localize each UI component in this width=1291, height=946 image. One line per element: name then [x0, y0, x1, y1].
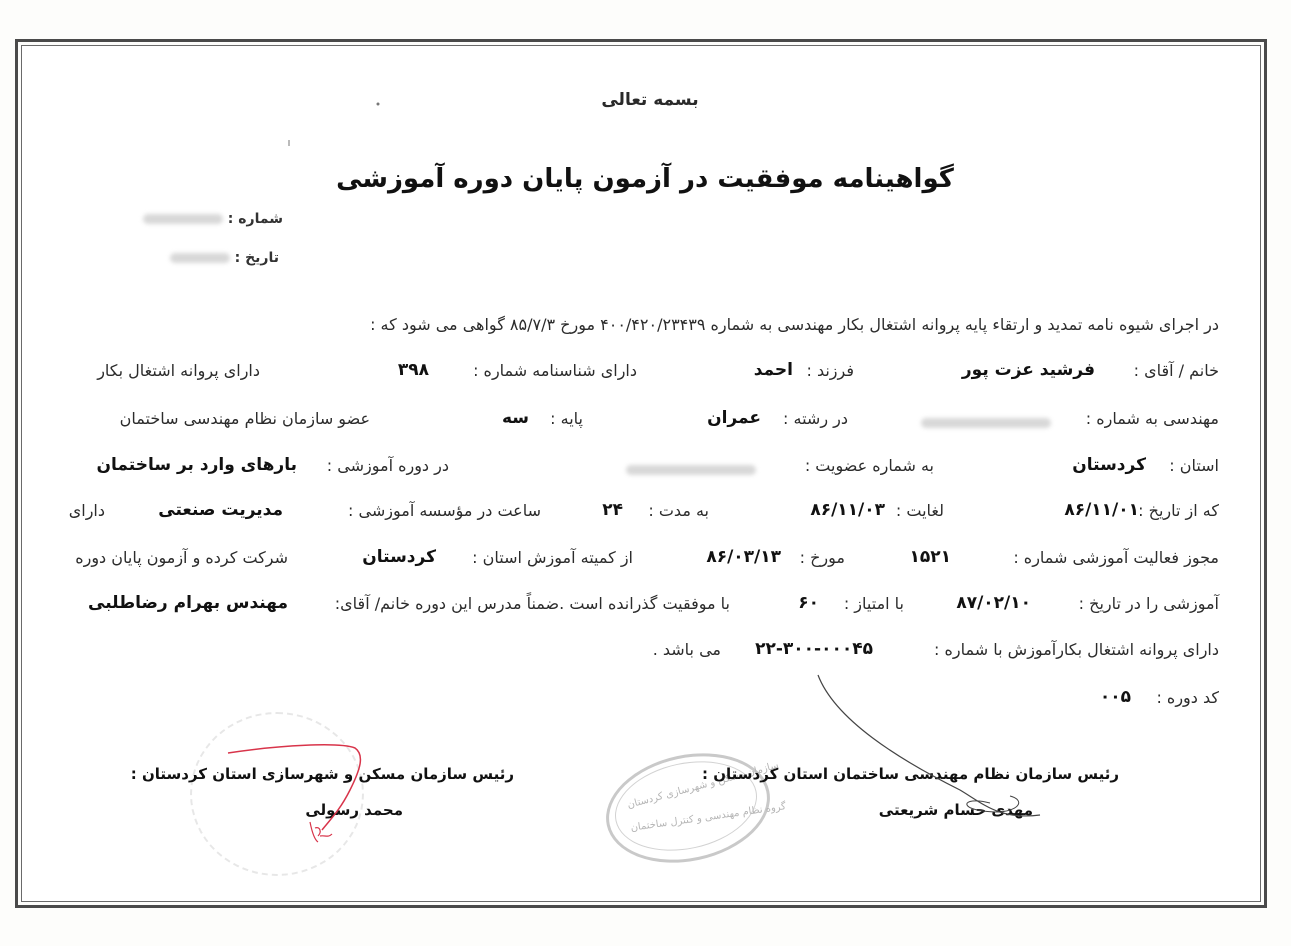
engineering-number-redacted: [921, 412, 1051, 431]
permit-label: مجوز فعالیت آموزشی شماره :: [1013, 548, 1219, 567]
housing-org-head-name: محمد رسولی: [305, 801, 403, 819]
number-label: شماره :: [228, 211, 283, 227]
id-value: ۳۹۸: [398, 360, 429, 380]
institute-label: ساعت در مؤسسه آموزشی :: [348, 501, 541, 520]
number-value-redacted: [143, 214, 223, 224]
intro-text: در اجرای شیوه نامه تمدید و ارتقاء پایه پ…: [370, 315, 1219, 334]
duration-label: به مدت :: [648, 501, 709, 520]
grade-value: سه: [502, 408, 529, 428]
basmala: بسمه تعالی: [560, 90, 740, 110]
permit-date-value: ۸۶/۰۳/۱۳: [706, 547, 781, 567]
id-label: دارای شناسنامه شماره :: [473, 361, 637, 380]
membership-label: به شماره عضویت :: [805, 456, 934, 475]
date-value-redacted: [170, 253, 230, 263]
date-label: تاریخ :: [235, 250, 279, 266]
row1-tail: دارای پروانه اشتغال بکار: [97, 361, 260, 380]
from-date-label: که از تاریخ :: [1138, 501, 1219, 520]
membership-number-redacted: [626, 459, 756, 478]
license-value: ۲۲-۳۰۰-۰۰۰۴۵: [755, 639, 873, 659]
row2-tail: عضو سازمان نظام مهندسی ساختمان: [120, 409, 370, 428]
child-label: فرزند :: [806, 361, 854, 380]
exam-date-label: آموزشی را در تاریخ :: [1079, 594, 1219, 613]
course-code-label: کد دوره :: [1156, 688, 1219, 707]
score-value: ۶۰: [798, 593, 819, 613]
duration-value: ۲۴: [602, 500, 623, 520]
committee-label: از کمیته آموزش استان :: [472, 548, 633, 567]
passed-text: با موفقیت گذرانده است .ضمناً مدرس این دو…: [335, 594, 730, 613]
institute-value: مدیریت صنعتی: [158, 500, 283, 520]
field-value: عمران: [707, 408, 761, 428]
from-date-value: ۸۶/۱۱/۰۱: [1064, 500, 1139, 520]
housing-org-head-title: رئیس سازمان مسکن و شهرسازی استان کردستان…: [131, 765, 514, 783]
course-code-value: ۰۰۵: [1100, 687, 1131, 707]
grade-label: پایه :: [550, 409, 583, 428]
to-date-label: لغایت :: [896, 501, 944, 520]
certificate-title: گواهینامه موفقیت در آزمون پایان دوره آمو…: [330, 164, 960, 194]
permit-date-label: مورخ :: [800, 548, 845, 567]
redacted-blur: [921, 418, 1051, 428]
exam-date-value: ۸۷/۰۲/۱۰: [956, 593, 1031, 613]
engineering-org-head-name: مهدی حسام شریعتی: [879, 801, 1033, 819]
field-label: در رشته :: [783, 409, 848, 428]
course-label: در دوره آموزشی :: [327, 456, 449, 475]
instructor-value: مهندس بهرام رضاطلبی: [88, 593, 288, 613]
child-value: احمد: [754, 360, 793, 380]
date-field: تاریخ :: [170, 250, 279, 266]
engineering-number-label: مهندسی به شماره :: [1086, 409, 1219, 428]
number-field: شماره :: [143, 211, 283, 227]
redacted-blur: [626, 465, 756, 475]
name-label: خانم / آقای :: [1134, 361, 1219, 380]
province-label: استان :: [1169, 456, 1219, 475]
license-label: دارای پروانه اشتغال بکارآموزش با شماره :: [934, 640, 1219, 659]
certificate-page: بسمه تعالی گواهینامه موفقیت در آزمون پای…: [0, 0, 1291, 946]
engineering-org-head-title: رئیس سازمان نظام مهندسی ساختمان استان کر…: [702, 765, 1119, 783]
province-value: کردستان: [1072, 455, 1146, 475]
committee-value: کردستان: [362, 547, 436, 567]
name-value: فرشید عزت پور: [962, 360, 1095, 380]
row4-tail: دارای: [69, 501, 105, 520]
permit-value: ۱۵۲۱: [909, 547, 951, 567]
course-value: بارهای وارد بر ساختمان: [96, 455, 297, 475]
row7-tail: می باشد .: [653, 640, 721, 659]
row5-tail: شرکت کرده و آزمون پایان دوره: [75, 548, 288, 567]
score-label: با امتیاز :: [844, 594, 904, 613]
to-date-value: ۸۶/۱۱/۰۳: [810, 500, 885, 520]
faded-seal-left: [190, 712, 364, 876]
